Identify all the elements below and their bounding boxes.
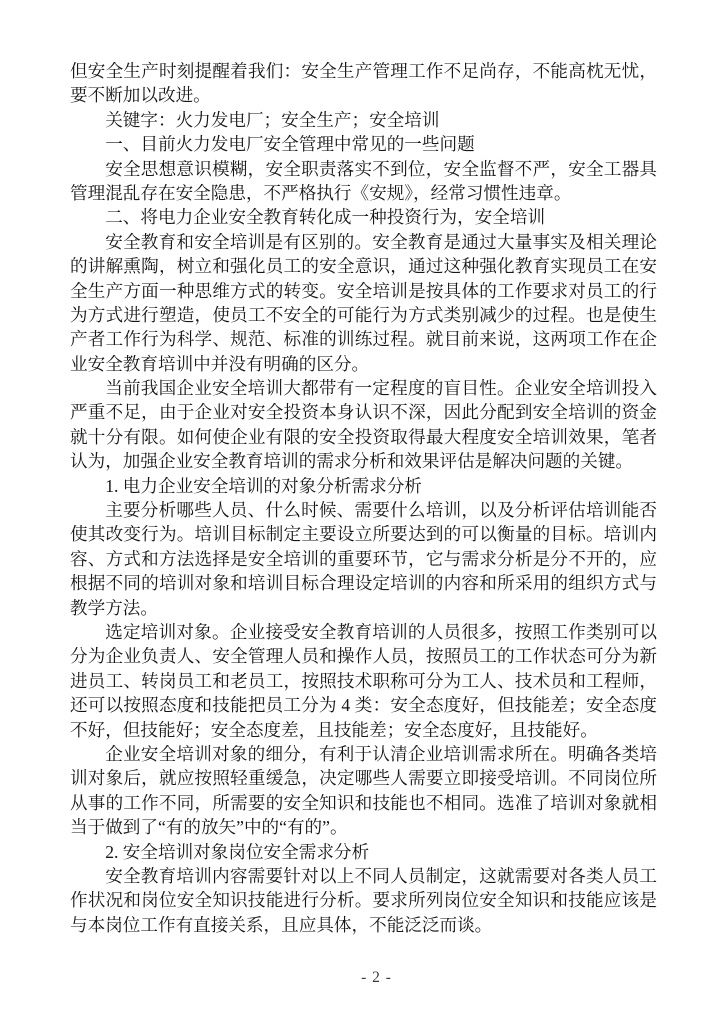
text-line: 全生产方面一种思维方式的转变。安全培训是按具体的工作要求对员工的行 [70,279,657,303]
text-line: 当前我国企业安全培训大都带有一定程度的盲目性。企业安全培训投入 [70,376,657,400]
text-line: 安全教育培训内容需要针对以上不同人员制定，这就需要对各类人员工 [70,864,657,888]
text-line: 当于做到了“有的放矢”中的“有的”。 [70,815,657,839]
text-line: 产者工作行为科学、规范、标准的训练过程。就目前来说，这两项工作在企 [70,327,657,351]
text-line: 主要分析哪些人员、什么时候、需要什么培训，以及分析评估培训能否 [70,498,657,522]
text-line: 要不断加以改进。 [70,83,657,107]
text-line: 使其改变行为。培训目标制定主要设立所要达到的可以衡量的目标。培训内 [70,522,657,546]
text-line: 就十分有限。如何使企业有限的安全投资取得最大程度安全培训效果，笔者 [70,425,657,449]
text-line: 训对象后，就应按照轻重缓急，决定哪些人需要立即接受培训。不同岗位所 [70,766,657,790]
text-line: 认为，加强企业安全教育培训的需求分析和效果评估是解决问题的关键。 [70,449,657,473]
text-line: 从事的工作不同，所需要的安全知识和技能也不相同。选准了培训对象就相 [70,791,657,815]
text-line: 企业安全培训对象的细分，有利于认清企业培训需求所在。明确各类培 [70,742,657,766]
text-line: 1. 电力企业安全培训的对象分析需求分析 [70,474,657,498]
text-line: 不好，但技能好；安全态度差，且技能差；安全态度好，且技能好。 [70,718,657,742]
text-line: 严重不足，由于企业对安全投资本身认识不深，因此分配到安全培训的资金 [70,400,657,424]
text-line: 管理混乱存在安全隐患，不严格执行《安规》，经常习惯性违章。 [70,181,657,205]
text-line: 作状况和岗位安全知识技能进行分析。要求所列岗位安全知识和技能应该是 [70,888,657,912]
text-line: 进员工、转岗员工和老员工，按照技术职称可分为工人、技术员和工程师， [70,669,657,693]
text-line: 教学方法。 [70,596,657,620]
text-line: 安全思想意识模糊，安全职责落实不到位，安全监督不严，安全工器具 [70,157,657,181]
text-line: 业安全教育培训中并没有明确的区分。 [70,352,657,376]
text-line: 的讲解熏陶，树立和强化员工的安全意识，通过这种强化教育实现员工在安 [70,254,657,278]
text-line: 与本岗位工作有直接关系，且应具体，不能泛泛而谈。 [70,913,657,937]
text-line: 二、将电力企业安全教育转化成一种投资行为，安全培训 [70,205,657,229]
text-line: 2. 安全培训对象岗位安全需求分析 [70,840,657,864]
text-line: 安全教育和安全培训是有区别的。安全教育是通过大量事实及相关理论 [70,230,657,254]
text-line: 容、方式和方法选择是安全培训的重要环节，它与需求分析是分不开的，应 [70,547,657,571]
text-line: 还可以按照态度和技能把员工分为 4 类：安全态度好，但技能差；安全态度 [70,693,657,717]
text-line: 一、目前火力发电厂安全管理中常见的一些问题 [70,132,657,156]
text-line: 选定培训对象。企业接受安全教育培训的人员很多，按照工作类别可以 [70,620,657,644]
text-line: 关键字：火力发电厂；安全生产；安全培训 [70,108,657,132]
document-body: 但安全生产时刻提醒着我们：安全生产管理工作不足尚存，不能高枕无忧，要不断加以改进… [70,59,657,937]
text-line: 分为企业负责人、安全管理人员和操作人员，按照员工的工作状态可分为新 [70,644,657,668]
text-line: 根据不同的培训对象和培训目标合理设定培训的内容和所采用的组织方式与 [70,571,657,595]
text-line: 为方式进行塑造，使员工不安全的可能行为方式类别减少的过程。也是使生 [70,303,657,327]
document-page: 但安全生产时刻提醒着我们：安全生产管理工作不足尚存，不能高枕无忧，要不断加以改进… [0,0,724,1024]
text-line: 但安全生产时刻提醒着我们：安全生产管理工作不足尚存，不能高枕无忧， [70,59,657,83]
page-number: - 2 - [83,966,670,990]
